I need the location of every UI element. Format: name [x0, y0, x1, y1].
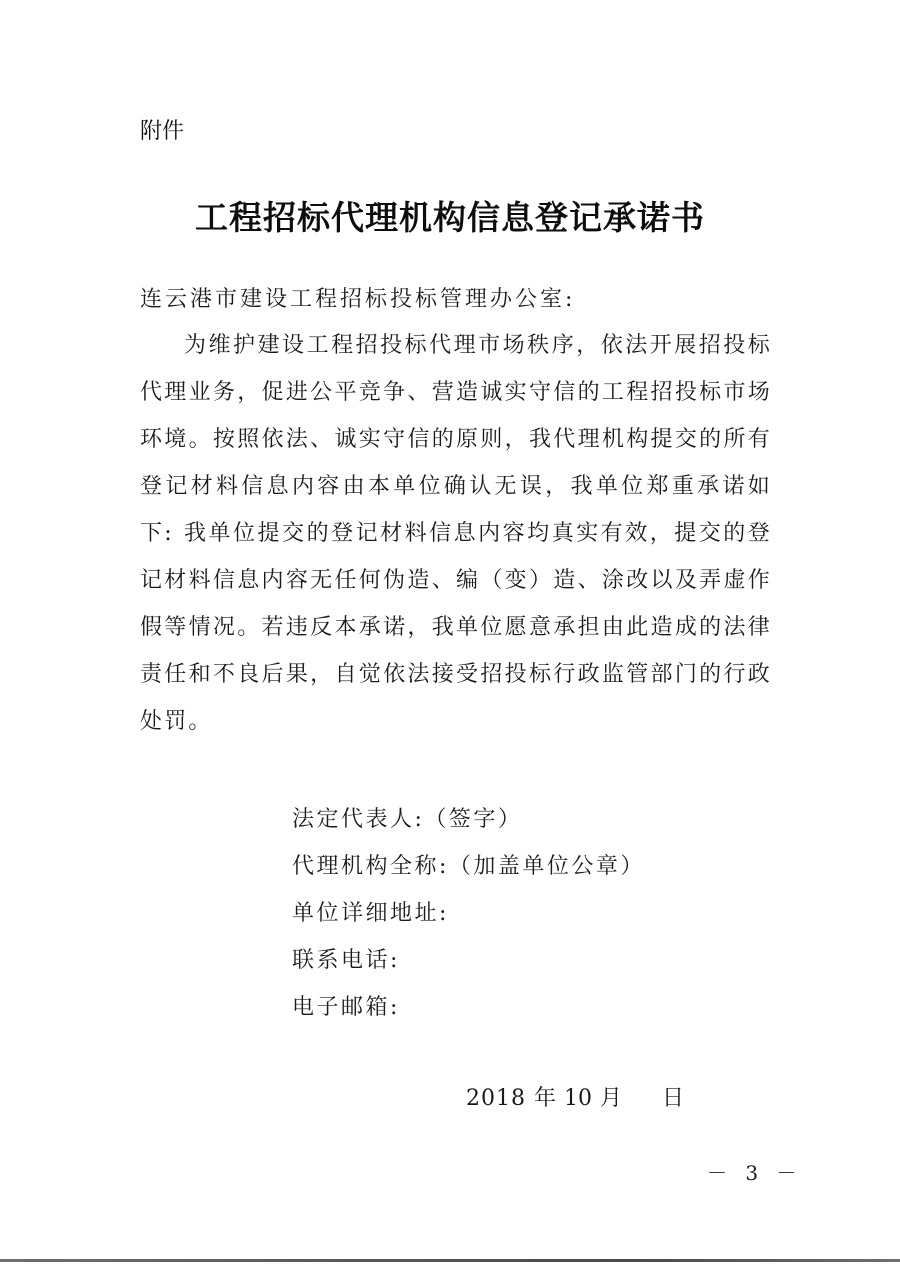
body-paragraph-2: 我单位提交的登记材料信息内容均真实有效，提交的登记材料信息内容无任何伪造、编（变… [140, 510, 772, 745]
date-month-unit: 月 [600, 1081, 622, 1112]
field-label: 联系电话: [292, 948, 400, 973]
field-label: 法定代表人: [292, 807, 424, 832]
attachment-label: 附件 [140, 114, 184, 145]
field-label: 代理机构全称: [292, 854, 449, 879]
page-bottom-rule [0, 1259, 900, 1262]
recipient-line: 连云港市建设工程招标投标管理办公室: [140, 282, 575, 313]
document-page: 附件 工程招标代理机构信息登记承诺书 连云港市建设工程招标投标管理办公室: 为维… [0, 0, 900, 1273]
phone-field: 联系电话: [292, 937, 645, 984]
page-number: － 3 － [707, 1157, 802, 1186]
date-year: 2018 [466, 1086, 526, 1111]
document-title: 工程招标代理机构信息登记承诺书 [0, 192, 900, 239]
agency-full-name-field: 代理机构全称:（加盖单位公章） [292, 843, 645, 890]
address-field: 单位详细地址: [292, 890, 645, 937]
field-label: 电子邮箱: [292, 995, 400, 1020]
date-day-unit: 日 [662, 1081, 684, 1112]
legal-representative-field: 法定代表人:（签字） [292, 796, 645, 843]
field-label: 单位详细地址: [292, 901, 449, 926]
date-month: 10 [564, 1086, 592, 1111]
signature-block: 法定代表人:（签字） 代理机构全称:（加盖单位公章） 单位详细地址: 联系电话:… [292, 796, 645, 1031]
email-field: 电子邮箱: [292, 984, 645, 1031]
date-line: 2018年10月日 [466, 1081, 684, 1112]
field-note: （加盖单位公章） [449, 854, 645, 879]
date-year-unit: 年 [534, 1081, 556, 1112]
field-note: （签字） [424, 807, 522, 832]
